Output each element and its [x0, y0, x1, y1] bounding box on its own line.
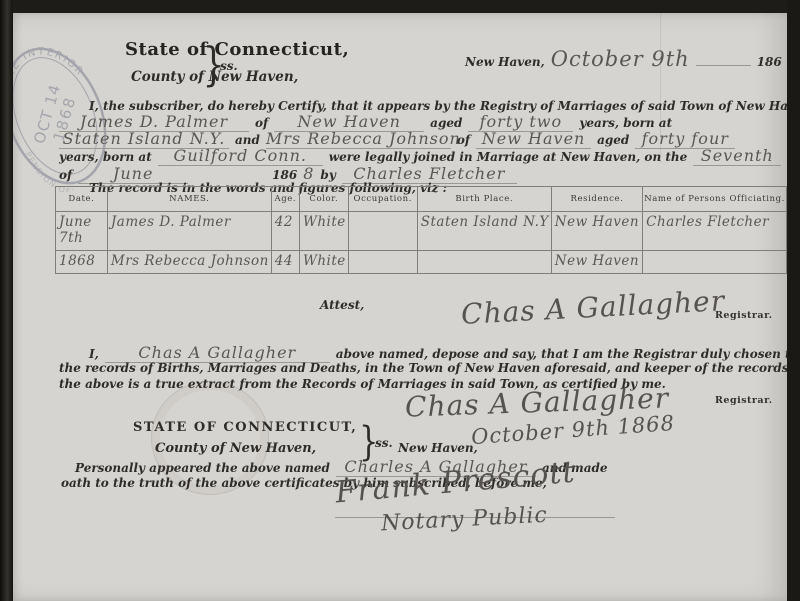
cell-residence: New Haven — [551, 212, 642, 251]
cell-residence: New Haven — [551, 251, 642, 274]
heading-ss: ss. — [220, 59, 238, 74]
cell-date: 1868 — [56, 251, 108, 274]
notary-ss: ss. — [375, 436, 393, 451]
cell-birthplace — [417, 251, 551, 274]
cell-officiating: Charles Fletcher — [643, 212, 787, 251]
col-header-names: NAMES. — [107, 187, 271, 212]
bride-residence-handwritten: New Haven — [476, 130, 591, 149]
cert-joined-text: were legally joined in Marriage at New H… — [329, 150, 687, 165]
col-header-officiating: Name of Persons Officiating. — [643, 187, 787, 212]
cell-occupation — [348, 212, 417, 251]
book-binding-edge — [0, 0, 13, 601]
deposition-line2: the records of Births, Marriages and Dea… — [59, 361, 787, 376]
cert-born-2: years, born at — [59, 150, 152, 165]
cell-name: Mrs Rebecca Johnson — [107, 251, 271, 274]
dateline-date-handwritten: October 9th — [551, 46, 690, 72]
marriage-record-table: Date. NAMES. Age. Color. Occupation. Bir… — [55, 186, 787, 274]
attest-label: Attest, — [320, 298, 364, 313]
cell-occupation — [348, 251, 417, 274]
col-header-birthplace: Birth Place. — [417, 187, 551, 212]
dateline-year-printed: 186 — [757, 55, 782, 70]
deposition-line1: above named, depose and say, that I am t… — [336, 347, 787, 362]
col-header-color: Color. — [299, 187, 348, 212]
col-header-age: Age. — [271, 187, 299, 212]
cert-aged-2: aged — [597, 133, 629, 148]
col-header-residence: Residence. — [551, 187, 642, 212]
certificate-page: OF THE INTERIOR PENSION OFFICE OCT 14 18… — [13, 13, 787, 601]
registrar-signature-1: Chas A Gallagher — [460, 284, 725, 331]
notary-place: New Haven, — [398, 441, 478, 456]
scan-border-top — [0, 0, 800, 13]
col-header-occupation: Occupation. — [348, 187, 417, 212]
cell-age: 44 — [271, 251, 299, 274]
cell-color: White — [299, 212, 348, 251]
marriage-day-handwritten: Seventh — [693, 147, 781, 166]
registrar-title-1: Registrar. — [715, 310, 773, 321]
cell-name: James D. Palmer — [107, 212, 271, 251]
notary-state: STATE OF CONNECTICUT, — [133, 420, 357, 436]
cell-birthplace: Staten Island N.Y — [417, 212, 551, 251]
registrar-title-2: Registrar. — [715, 395, 773, 406]
cell-officiating — [643, 251, 787, 274]
cert-of-3: of — [59, 168, 72, 183]
table-row: June 7th James D. Palmer 42 White Staten… — [56, 212, 787, 251]
notary-appeared-text: Personally appeared the above named — [75, 461, 330, 476]
dateline-blank — [696, 53, 751, 66]
deposition-i: I, — [89, 347, 99, 362]
cell-color: White — [299, 251, 348, 274]
dateline-place: New Haven, — [465, 55, 545, 70]
cert-of-2: of — [457, 133, 470, 148]
cell-age: 42 — [271, 212, 299, 251]
deposition-name-handwritten: Chas A Gallagher — [105, 344, 330, 363]
table-row: 1868 Mrs Rebecca Johnson 44 White New Ha… — [56, 251, 787, 274]
col-header-date: Date. — [56, 187, 108, 212]
bride-birthplace-handwritten: Guilford Conn. — [158, 147, 323, 166]
scan-border-right — [787, 0, 800, 601]
table-header-row: Date. NAMES. Age. Color. Occupation. Bir… — [56, 187, 787, 212]
cell-date: June 7th — [56, 212, 108, 251]
notary-county: County of New Haven, — [155, 441, 316, 457]
